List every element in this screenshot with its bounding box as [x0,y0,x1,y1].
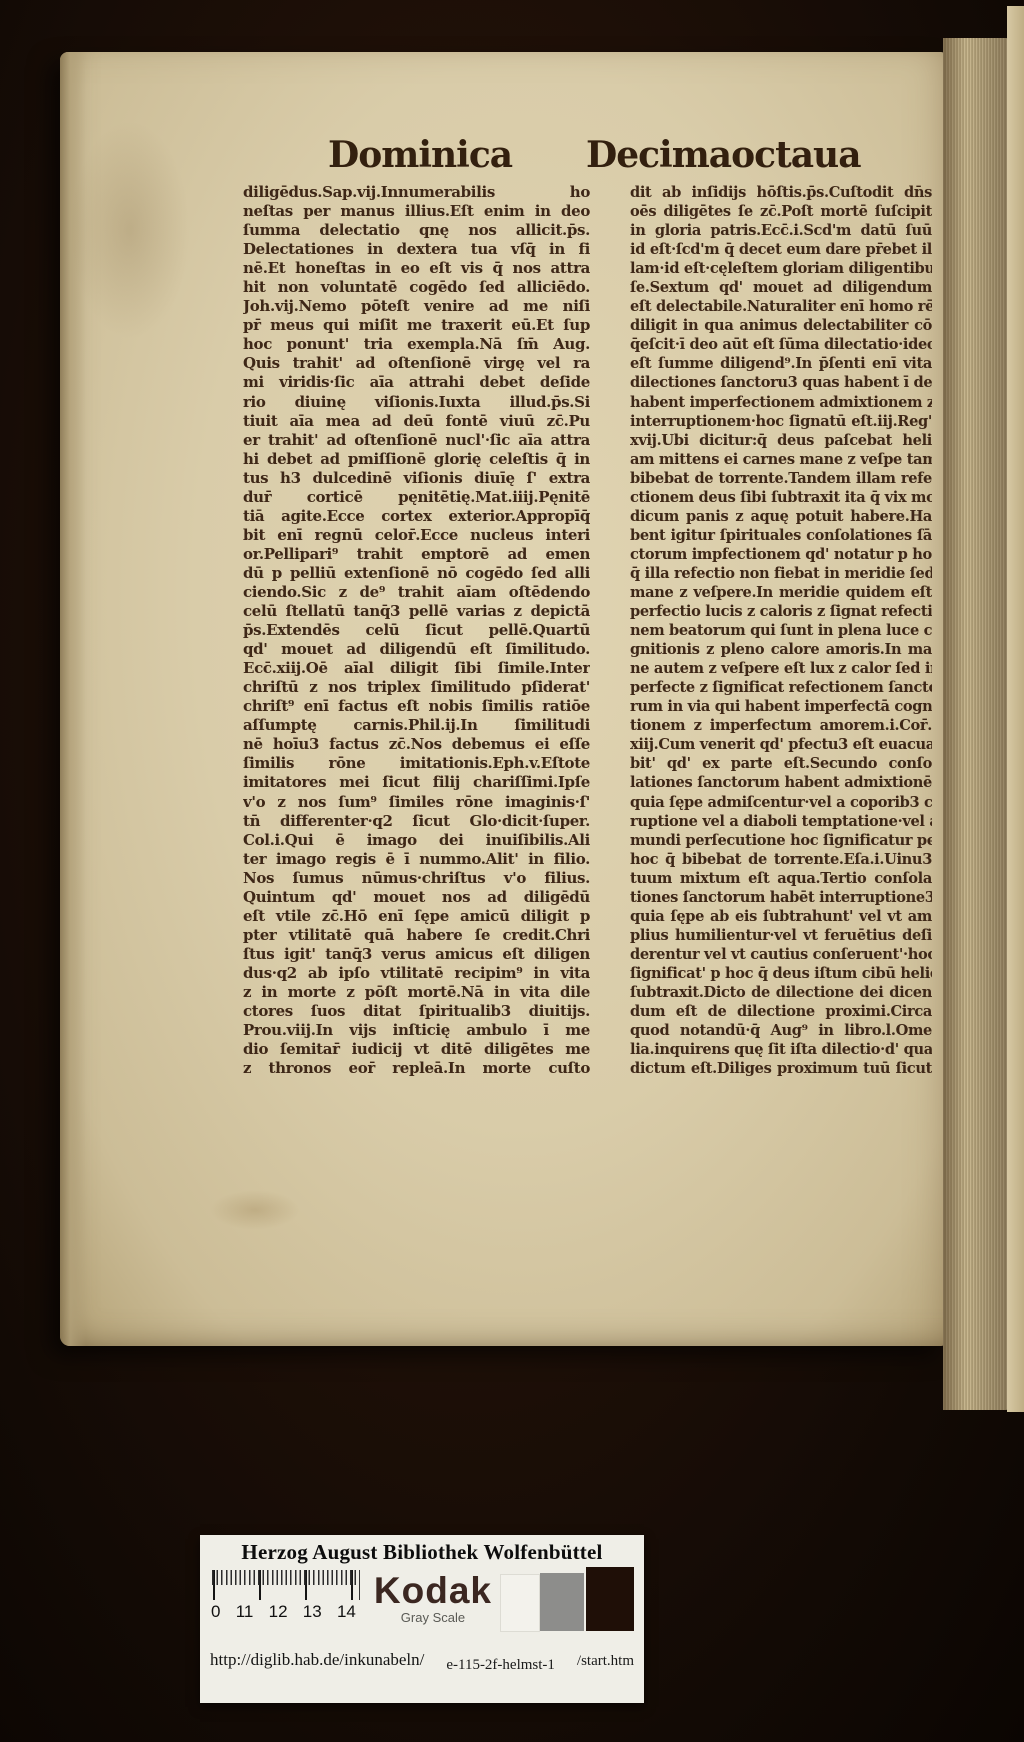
text-line: hoc q̄ bibebat de torrente.Eſa.i.Uinu3 [630,850,932,869]
text-line: Quintum qd' mouet nos ad diligēdū [243,888,590,907]
text-line: dictum eſt.Diliges proximum tuū ſicut [630,1059,932,1078]
institution-name: Herzog August Bibliothek Wolfenbüttel [210,1540,634,1565]
text-line: tuum mixtum eſt aqua.Tertio conſola [630,869,932,888]
kodak-logo: Kodak [374,1572,492,1610]
text-line: plius humilientur·vel vt feruētius deſi [630,926,932,945]
text-line: dicum panis z aquę potuit habere.Ha [630,507,932,526]
text-line: imitatores mei ſicut filij chariſſimi.Ip… [243,773,590,792]
swatch-gray [540,1573,584,1631]
text-line: oēs diligētes ſe zc̄.Poſt mortē ſuſcipit [630,202,932,221]
text-line: lam·id eſt·cęleſtem gloriam diligentibus [630,259,932,278]
text-line: ctores ſuos ditat ſpiritualib3 diuitijs. [243,1002,590,1021]
text-line: dilectiones ſanctoru3 quas habent ī deo [630,373,932,392]
ruler-number: 12 [269,1602,288,1622]
text-line: tionem z imperfectum amorem.i.Cor̄. [630,716,932,735]
text-line: nē.Et honeſtas in eo eſt vis q̄ nos attr… [243,259,590,278]
text-line: eſt delectabile.Naturaliter enī homo rē [630,297,932,316]
text-line: hit non voluntatē cogēdo ſed alliciēdo. [243,278,590,297]
text-line: ctionem deus ſibi ſubtraxit ita q̄ vix m… [630,488,932,507]
next-page-edge [1007,6,1024,1412]
text-line: mane z veſpere.In meridie quidem eſt [630,583,932,602]
text-line: hoc ponunt' tria exempla.Nā ſm̄ Aug. [243,335,590,354]
text-line: nē hoīu3 factus zc̄.Nos debemus ei eſſe [243,735,590,754]
text-line: nem beatorum qui ſunt in plena luce co [630,621,932,640]
text-line: dio ſemitar̄ iudicij vt ditē diligētes m… [243,1040,590,1059]
text-line: in gloria patris.Ecc̄.i.Scd'm datū ſuū [630,221,932,240]
book-fore-edge [943,38,1009,1410]
text-line: derentur vel vt cautius conſeruent'·hoc [630,945,932,964]
text-line: bibebat de torrente.Tandem illam refe [630,469,932,488]
text-column-right: dit ab inſidijs hōſtis.p̄s.Cuſtodit dn̄s… [630,183,932,1078]
text-line: pr̄ meus qui miſit me traxerit eū.Et ſup [243,316,590,335]
text-line: rio diuinę viſionis.Iuxta illud.p̄s.Si [243,393,590,412]
text-line: tn̄ differenter·q2 ſicut Glo·dicit·ſuper… [243,812,590,831]
gray-scale-label: Gray Scale [374,1610,492,1625]
text-line: chriſtū z nos triplex ſimilitudo pſidera… [243,678,590,697]
text-column-left: diligēdus.Sap.vij.Innumerabilis honeſtas… [243,183,590,1078]
ruler-number: 14 [337,1602,356,1622]
text-line: z in morte z pōſt mortē.Nā in vita dile [243,983,590,1002]
text-line: q̄eſcit·ī deo aūt eſt ſūma dilectatio·id… [630,335,932,354]
ruler: 011121314 [210,1570,360,1622]
text-line: Nos ſumus nūmus·chriſtus v'o filius. [243,869,590,888]
text-line: mundi perſecutione hoc ſignificatur per [630,831,932,850]
text-line: id eſt·ſcd'm q̄ decet eum dare pr̄ebet i… [630,240,932,259]
text-line: Ecc̄.xiij.Oē aīal diligit ſibi ſimile.In… [243,659,590,678]
text-line: qd' mouet ad diligendū eſt ſimilitudo. [243,640,590,659]
text-line: habent imperfectionem admixtionem z [630,393,932,412]
text-line: xvij.Ubi dicitur:q̄ deus paſcebat heli [630,431,932,450]
gray-scale-swatches [500,1570,634,1632]
text-line: interruptionem·hoc ſignatū eſt.iij.Reg' [630,412,932,431]
text-line: ſtus igit' tanq̄3 verus amicus eſt dilig… [243,945,590,964]
text-line: or.Pellipari⁹ trahit emptorē ad emen [243,545,590,564]
text-line: quod notandū·q̄ Aug⁹ in libro.l.Ome [630,1021,932,1040]
text-line: bent igitur ſpirituales conſolationes ſā [630,526,932,545]
ruler-number: 13 [303,1602,322,1622]
label-bottom-row: http://diglib.hab.de/inkunabeln/ e-115-2… [210,1650,634,1670]
text-line: dū p pelliū extenſionē nō cogēdo ſed all… [243,564,590,583]
text-line: er trahit' ad oſtenſionē nucl'·ſic aīa a… [243,431,590,450]
ruler-numbers: 011121314 [210,1600,360,1622]
text-line: quia ſępe admiſcentur·vel a coporib3 cor [630,793,932,812]
text-line: xiij.Cum venerit qd' pfectu3 eſt euacua [630,735,932,754]
text-line: q̄ illa refectio non fiebat in meridie ſ… [630,564,932,583]
text-line: Col.i.Qui ē imago dei inuiſibilis.Ali [243,831,590,850]
text-line: perfecte z ſignificat refectionem ſancto [630,678,932,697]
text-line: dur̄ corticē pęnitētię.Mat.iiij.Pęnitē [243,488,590,507]
text-line: ctorum impfectionem qd' notatur p hoc [630,545,932,564]
text-line: ciendo.Sic z de⁹ trahit aīam oſtēdendo [243,583,590,602]
reference-label: Herzog August Bibliothek Wolfenbüttel 01… [200,1535,644,1703]
text-line: gnitionis z pleno calore amoris.In ma [630,640,932,659]
text-line: diligit in qua animus delectabiliter cō [630,316,932,335]
start-page-path: /start.htm [577,1653,634,1670]
text-line: am mittens ei carnes mane z veſpe tamē [630,450,932,469]
ruler-ticks [210,1570,360,1600]
text-line: ſe.Sextum qd' mouet ad diligendum [630,278,932,297]
ruler-number: 11 [236,1602,254,1622]
text-line: neſtas per manus illius.Eſt enim in deo [243,202,590,221]
text-line: z thronos eor̄ repleā.In morte cuſto [243,1059,590,1078]
running-title-left: Dominica [328,134,512,178]
text-line: eſt vtile zc̄.Hō enī ſępe amicū diligit … [243,907,590,926]
ruler-number: 0 [211,1602,220,1622]
text-line: Joh.vij.Nemo pōteſt venire ad me niſi [243,297,590,316]
swatch-dark [586,1567,634,1631]
text-line: v'o z nos ſum⁹ ſimiles rōne imaginis·ſ' [243,793,590,812]
shelfmark: e-115-2f-helmst-1 [446,1657,555,1674]
text-line: dum eſt de dilectione proximi.Circa [630,1002,932,1021]
text-line: perfectio lucis z caloris z ſignat refec… [630,602,932,621]
running-title-right: Decimaoctaua [586,134,861,178]
text-line: lia.inquirens quę ſit iſta dilectio·d' q… [630,1040,932,1059]
text-line: diligēdus.Sap.vij.Innumerabilis ho [243,183,590,202]
text-line: ter imago regis ē ī nummo.Alit' in filio… [243,850,590,869]
label-middle-row: 011121314 Kodak Gray Scale [210,1570,634,1642]
text-line: tiones ſanctorum habēt interruptione3 [630,888,932,907]
text-line: Prou.viij.In vijs inſticię ambulo ī me [243,1021,590,1040]
kodak-gray-scale-card: Kodak Gray Scale [374,1572,492,1625]
text-line: celū ſtellatū tanq̄3 pellē varias z depi… [243,602,590,621]
text-line: ſignificat' p hoc q̄ deus iſtum cibū hel… [630,964,932,983]
text-line: dit ab inſidijs hōſtis.p̄s.Cuſtodit dn̄s [630,183,932,202]
text-line: p̄s.Extendēs celū ſicut pellē.Quartū [243,621,590,640]
text-line: tiuit aīa mea ad deū fontē viuū zc̄.Pu [243,412,590,431]
text-line: eſt ſumme diligend⁹.In p̄ſenti enī vita [630,354,932,373]
text-line: pter vtilitatē quā habere ſe credit.Chri [243,926,590,945]
text-line: ſimilis rōne imitationis.Eph.v.Eſtote [243,754,590,773]
catalog-url: http://diglib.hab.de/inkunabeln/ [210,1650,424,1670]
text-line: rum in via qui habent imperfectā cogni [630,697,932,716]
text-line: mi viridis·ſic aīa attrahi debet deſide [243,373,590,392]
text-line: bit enī regnū celor̄.Ecce nucleus interi [243,526,590,545]
text-line: ne autem z veſpere eſt lux z calor ſed i… [630,659,932,678]
text-line: chriſt⁹ enī factus eſt nobis ſimilis rat… [243,697,590,716]
book-page: Dominica Decimaoctaua diligēdus.Sap.vij.… [60,52,945,1346]
text-line: Quis trahit' ad oſtenſionē virgę vel ra [243,354,590,373]
text-line: aſſumptę carnis.Phil.ij.In ſimilitudi [243,716,590,735]
page-stack-left-edge [60,52,86,1346]
text-line: tus h3 dulcedinē viſionis diuīę ſ' extra [243,469,590,488]
text-line: ruptione vel a diaboli temptatione·vel a [630,812,932,831]
swatch-white [500,1574,540,1632]
text-line: quia ſępe ab eis ſubtrahunt' vel vt am [630,907,932,926]
text-line: ſumma delectatio qnę nos allicit.p̄s. [243,221,590,240]
text-line: dus·q2 ab ipſo vtilitatē recipim⁹ in vit… [243,964,590,983]
text-line: lationes ſanctorum habent admixtionē [630,773,932,792]
text-line: ſubtraxit.Dicto de dilectione dei dicen [630,983,932,1002]
text-line: Delectationes in dextera tua vſq̄ in fi [243,240,590,259]
text-line: tiā agite.Ecce cortex exterior.Appropīq̄ [243,507,590,526]
text-line: bit' qd' ex parte eſt.Secundo conſo [630,754,932,773]
text-line: hi debet ad pmiſſionē glorię celeſtis q̄… [243,450,590,469]
